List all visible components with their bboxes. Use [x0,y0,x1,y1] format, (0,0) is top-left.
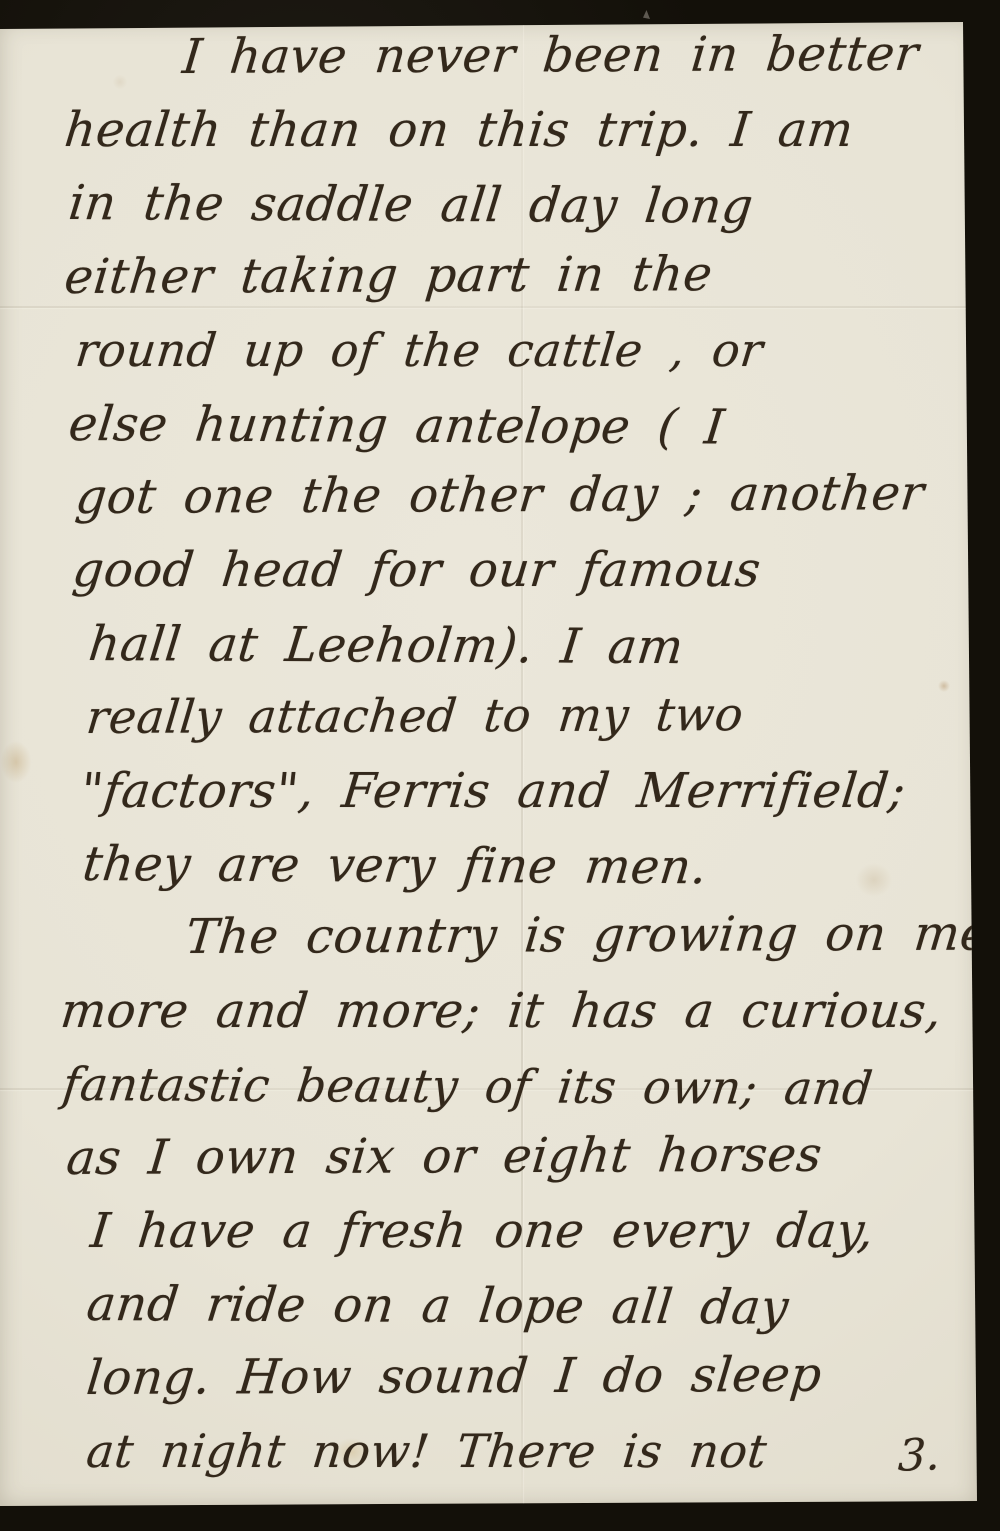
letter-line-text: they are very fine men. [80,836,710,895]
letter-line-text: at night now! There is not [84,1424,770,1478]
letter-line: long. How sound I do sleep [0,1341,977,1414]
letter-line-text: either taking part in the [62,246,715,305]
letter-line: as I own six or eight horses [0,1121,977,1194]
letter-line-text: in the saddle all day long [66,175,756,235]
letter-line: fantastic beauty of its own; and [0,1047,977,1120]
letter-line: good head for our famous [0,534,977,607]
letter-line-text: hall at Leeholm). I am [86,616,686,675]
letter-line: in the saddle all day long [0,167,977,240]
letter-line: and ride on a lope all day [0,1268,977,1341]
letter-line-text: more and more; it has a curious, [58,983,945,1039]
letter-line-text: I have a fresh one every day, [88,1203,877,1259]
letter-line-text: got one the other day ; another [73,465,927,525]
letter-line: more and more; it has a curious, [0,974,977,1047]
page-number: 3. [897,1429,941,1481]
letter-line: The country is growing on me, [0,901,977,974]
letter-line-text: really attached to my two [84,687,746,744]
letter-line-text: and ride on a lope all day [84,1276,792,1336]
letter-line: I have never been in better [0,20,977,93]
letter-line-text: "factors", Ferris and Merrifield; [78,763,908,819]
letter-line: round up of the cattle , or [0,314,977,387]
letter-line-text: good head for our famous [70,542,764,598]
letter-line: I have a fresh one every day, [0,1194,977,1267]
letter-page: I have never been in betterhealth than o… [0,22,977,1506]
letter-line: hall at Leeholm). I am [0,607,977,680]
letter-line-text: long. How sound I do sleep [84,1347,824,1406]
letter-line-text: fantastic beauty of its own; and [60,1057,876,1115]
scan-dust-speck [643,10,650,19]
letter-line: either taking part in the [0,240,977,313]
letter-line-text: The country is growing on me, [183,906,1000,966]
letter-line-text: I have never been in better [180,25,921,84]
letter-body: I have never been in betterhealth than o… [0,20,977,1488]
letter-line: else hunting antelope ( I [0,387,977,460]
letter-line: health than on this trip. I am [0,93,977,166]
scan-background: I have never been in betterhealth than o… [0,0,1000,1531]
letter-line-text: else hunting antelope ( I [66,396,727,455]
letter-line: really attached to my two [0,681,977,754]
letter-line: got one the other day ; another [0,460,977,533]
letter-line-text: as I own six or eight horses [64,1126,825,1185]
letter-line: "factors", Ferris and Merrifield; [0,754,977,827]
letter-line: at night now! There is not [0,1414,977,1487]
letter-line-text: round up of the cattle , or [73,323,766,377]
letter-line-text: health than on this trip. I am [62,102,856,158]
letter-line: they are very fine men. [0,827,977,900]
